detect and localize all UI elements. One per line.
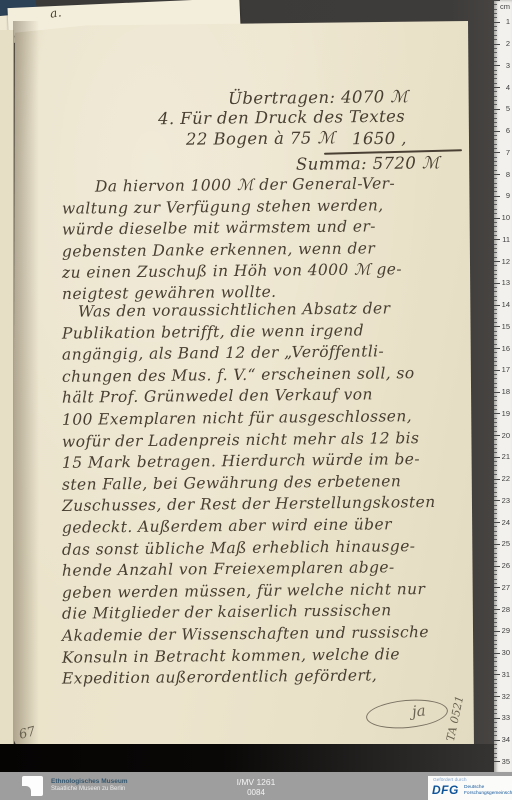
ruler-tick: [494, 122, 497, 123]
handwriting-line: sten Falle, bei Gewährung des erbetenen: [62, 472, 401, 494]
ruler-tick: [494, 287, 497, 288]
ruler-tick: [494, 757, 497, 758]
ruler-tick: [494, 700, 497, 701]
page-drop-shadow: [0, 744, 494, 774]
ruler-number: 8: [506, 171, 510, 178]
ruler-tick: [494, 722, 497, 723]
ruler-tick: [494, 218, 500, 219]
ruler-tick: [494, 526, 497, 527]
ruler-tick: [494, 226, 497, 227]
ruler-tick: [494, 618, 497, 619]
ruler-tick: [494, 235, 497, 236]
ruler-tick: [494, 61, 497, 62]
ruler-tick: [494, 52, 497, 53]
paraph-initials: ja: [411, 701, 426, 720]
ruler-tick: [494, 239, 500, 240]
ruler-tick: [494, 17, 497, 18]
ruler-tick: [494, 579, 497, 580]
ruler-tick: [494, 413, 500, 414]
handwriting-line: Zuschusses, der Rest der Herstellungskos…: [62, 493, 436, 515]
ruler-tick: [494, 104, 497, 105]
handwriting-line: Publikation betrifft, die wenn irgend: [62, 321, 364, 342]
ruler-tick: [494, 409, 497, 410]
ruler-tick: [494, 170, 497, 171]
ruler-tick: [494, 735, 497, 736]
ruler-number: 26: [502, 562, 510, 569]
ruler-tick: [494, 531, 497, 532]
ruler-tick: [494, 35, 497, 36]
ruler-tick: [494, 418, 497, 419]
ruler-tick: [494, 674, 500, 675]
ruler-tick: [494, 444, 497, 445]
ruler-number: 16: [502, 345, 510, 352]
ruler-tick: [494, 574, 497, 575]
ruler-tick: [494, 131, 500, 132]
ruler-tick: [494, 261, 500, 262]
ruler-tick: [494, 144, 497, 145]
ruler-tick: [494, 318, 497, 319]
ruler-tick: [494, 426, 497, 427]
handwriting-line: Expedition außerordentlich gefördert,: [62, 667, 377, 688]
ruler-tick: [494, 452, 497, 453]
ruler-number: 25: [502, 540, 510, 547]
ruler-tick: [494, 622, 497, 623]
ruler-tick: [494, 118, 497, 119]
ruler-tick: [494, 396, 497, 397]
ruler-tick: [494, 87, 500, 88]
ruler-tick: [494, 178, 497, 179]
ruler-tick: [494, 600, 497, 601]
ruler-tick: [494, 30, 497, 31]
ruler-tick: [494, 635, 497, 636]
ruler-tick: [494, 157, 497, 158]
ruler-tick: [494, 761, 500, 762]
handwriting-line: würde dieselbe mit wärmstem und er-: [62, 218, 376, 239]
ruler-tick: [494, 291, 497, 292]
ruler-tick: [494, 661, 497, 662]
ruler-tick: [494, 470, 497, 471]
ruler-number: 7: [506, 149, 510, 156]
ruler-tick: [494, 492, 497, 493]
ruler-tick: [494, 100, 497, 101]
ruler-tick: [494, 139, 497, 140]
ruler-tick: [494, 640, 497, 641]
ruler-tick: [494, 705, 497, 706]
ruler-tick: [494, 666, 497, 667]
ruler-tick: [494, 326, 500, 327]
ruler-tick: [494, 331, 497, 332]
ruler-tick: [494, 683, 497, 684]
ruler-tick: [494, 44, 500, 45]
ruler-number: 1: [506, 18, 510, 25]
ruler-tick: [494, 335, 497, 336]
ruler-tick: [494, 561, 497, 562]
ruler-number: 2: [506, 40, 510, 47]
ruler-number: 17: [502, 366, 510, 373]
ruler-tick: [494, 283, 500, 284]
ruler-number: 28: [502, 606, 510, 613]
ruler-tick: [494, 713, 497, 714]
ruler-tick: [494, 505, 497, 506]
ruler-number: 6: [506, 127, 510, 134]
ruler-number: 19: [502, 410, 510, 417]
ruler-tick: [494, 135, 497, 136]
ruler-tick: [494, 422, 497, 423]
ruler-tick: [494, 9, 497, 10]
dfg-name-line2: Forschungsgemeinschaft: [464, 791, 512, 796]
ruler-tick: [494, 570, 497, 571]
ruler-tick: [494, 687, 497, 688]
ruler-tick: [494, 644, 497, 645]
ruler-number: 31: [502, 671, 510, 678]
handwriting-body: Da hiervon 1000 ℳ der General-Ver-waltun…: [0, 0, 512, 800]
handwriting-line: waltung zur Verfügung stehen werden,: [62, 196, 384, 217]
ruler-number: 35: [502, 758, 510, 765]
ruler-tick: [494, 4, 497, 5]
handwriting-line: gedeckt. Außerdem aber wird eine über: [62, 515, 392, 536]
ruler-tick: [494, 609, 500, 610]
ruler-number: 27: [502, 584, 510, 591]
ruler-tick: [494, 461, 497, 462]
ruler-number: 10: [502, 214, 510, 221]
handwriting-line: zu einen Zuschuß in Höh von 4000 ℳ ge-: [62, 261, 402, 283]
ruler-number: 4: [506, 84, 510, 91]
ruler-tick: [494, 383, 497, 384]
ruler-number: 11: [502, 236, 510, 243]
dfg-name-line1: Deutsche: [464, 785, 484, 790]
ruler-tick: [494, 374, 497, 375]
ruler-number: 22: [502, 475, 510, 482]
ruler-tick: [494, 57, 497, 58]
ruler-tick: [494, 257, 497, 258]
ruler-tick: [494, 392, 500, 393]
ruler-tick: [494, 753, 497, 754]
ruler-tick: [494, 539, 497, 540]
ruler-tick: [494, 370, 500, 371]
handwriting-line: gebensten Danke erkennen, wenn der: [62, 239, 375, 260]
ruler-tick: [494, 70, 497, 71]
ruler-tick: [494, 474, 497, 475]
ruler-tick: [494, 48, 497, 49]
ruler-tick: [494, 387, 497, 388]
ruler-tick: [494, 509, 497, 510]
ruler-number: 29: [502, 627, 510, 634]
ruler-tick: [494, 613, 497, 614]
ruler-tick: [494, 305, 500, 306]
ruler-number: 24: [502, 519, 510, 526]
ruler-number: 30: [502, 649, 510, 656]
ruler-number: 33: [502, 714, 510, 721]
ruler-tick: [494, 109, 500, 110]
ruler-tick: [494, 361, 497, 362]
ruler-tick: [494, 553, 497, 554]
handwriting-line: geben werden müssen, für welche nicht nu…: [62, 580, 425, 602]
ruler-tick: [494, 313, 497, 314]
ruler-tick: [494, 148, 497, 149]
ruler-tick: [494, 296, 497, 297]
handwriting-line: Da hiervon 1000 ℳ der General-Ver-: [95, 174, 395, 195]
ruler-tick: [494, 465, 497, 466]
ruler-number: 5: [506, 105, 510, 112]
ruler-number: 18: [502, 388, 510, 395]
ruler-tick: [494, 165, 497, 166]
ruler-tick: [494, 544, 500, 545]
ruler-tick: [494, 605, 497, 606]
ruler-tick: [494, 479, 500, 480]
ruler-tick: [494, 152, 500, 153]
ruler-tick: [494, 300, 497, 301]
handwriting-line: Akademie der Wissenschaften und russisch…: [62, 623, 429, 645]
ruler-tick: [494, 187, 497, 188]
ruler-tick: [494, 191, 497, 192]
ruler-tick: [494, 161, 497, 162]
ruler-tick: [494, 557, 497, 558]
ruler-tick: [494, 248, 497, 249]
ruler-tick: [494, 91, 497, 92]
ruler-unit-label: cm: [500, 2, 510, 11]
ruler-tick: [494, 457, 500, 458]
handwriting-line: hält Prof. Grünwedel den Verkauf von: [62, 386, 373, 407]
ruler-tick: [494, 748, 497, 749]
ruler-tick: [494, 487, 497, 488]
ruler-tick: [494, 39, 497, 40]
ruler-tick: [494, 657, 497, 658]
ruler-tick: [494, 592, 497, 593]
handwriting-line: das sonst übliche Maß erheblich hinausge…: [62, 537, 416, 559]
ruler-tick: [494, 0, 500, 1]
ruler-tick: [494, 431, 497, 432]
ruler-tick: [494, 731, 497, 732]
handwriting-line: 100 Exemplaren nicht für ausgeschlossen,: [62, 407, 412, 429]
ruler-tick: [494, 439, 497, 440]
ruler-tick: [494, 513, 497, 514]
ruler-tick: [494, 196, 500, 197]
ruler-number: 15: [502, 323, 510, 330]
ruler-tick: [494, 718, 500, 719]
ruler-tick: [494, 522, 500, 523]
ruler-tick: [494, 74, 497, 75]
ruler-tick: [494, 278, 497, 279]
handwriting-line: 15 Mark betragen. Hierdurch würde im be-: [62, 450, 420, 472]
ruler-tick: [494, 653, 500, 654]
ruler-tick: [494, 339, 497, 340]
ruler-tick: [494, 78, 497, 79]
ruler-tick: [494, 270, 497, 271]
ruler-tick: [494, 679, 497, 680]
ruler-tick: [494, 274, 497, 275]
ruler-tick: [494, 96, 497, 97]
ruler-tick: [494, 365, 497, 366]
ruler-tick: [494, 448, 497, 449]
ruler-tick: [494, 265, 497, 266]
ruler-tick: [494, 692, 497, 693]
ruler-number: 14: [502, 301, 510, 308]
ruler-tick: [494, 352, 497, 353]
ruler-tick: [494, 631, 500, 632]
ruler-tick: [494, 400, 497, 401]
ruler-tick: [494, 378, 497, 379]
ruler-number: 23: [502, 497, 510, 504]
ruler-tick: [494, 26, 497, 27]
ruler-tick: [494, 183, 497, 184]
ruler-tick: [494, 548, 497, 549]
ruler-tick: [494, 535, 497, 536]
ruler-tick: [494, 405, 497, 406]
ruler-tick: [494, 483, 497, 484]
ruler-tick: [494, 209, 497, 210]
ruler-tick: [494, 213, 497, 214]
ruler-tick: [494, 13, 497, 14]
ruler-tick: [494, 204, 497, 205]
ruler-tick: [494, 65, 500, 66]
ruler-tick: [494, 322, 497, 323]
handwriting-line: wofür der Ladenpreis nicht mehr als 12 b…: [62, 429, 420, 451]
ruler-tick: [494, 626, 497, 627]
ruler-number: 32: [502, 693, 510, 700]
ruler-tick: [494, 566, 500, 567]
ruler-tick: [494, 344, 497, 345]
ruler-tick: [494, 583, 497, 584]
ruler-tick: [494, 222, 497, 223]
ruler-tick: [494, 500, 500, 501]
ruler-tick: [494, 357, 497, 358]
ruler-tick: [494, 587, 500, 588]
ruler-number: 34: [502, 736, 510, 743]
ruler-tick: [494, 174, 500, 175]
ruler-tick: [494, 727, 497, 728]
ruler-tick: [494, 113, 497, 114]
ruler-tick: [494, 648, 497, 649]
ruler-tick: [494, 244, 497, 245]
ruler-tick: [494, 231, 497, 232]
ruler-tick: [494, 670, 497, 671]
ruler-number: 21: [502, 453, 510, 460]
ruler-tick: [494, 596, 497, 597]
ruler-tick: [494, 435, 500, 436]
ruler-tick: [494, 696, 500, 697]
ruler-tick: [494, 744, 497, 745]
ruler-tick: [494, 252, 497, 253]
ruler: cm 1234567891011121314151617181920212223…: [494, 0, 512, 774]
ruler-tick: [494, 348, 500, 349]
archival-scan-view: a. Übertragen: 4070 ℳ 4. Für den Druck d…: [0, 0, 512, 800]
handwriting-line: chungen des Mus. f. V.“ erscheinen soll,…: [62, 364, 415, 386]
ruler-number: 3: [506, 62, 510, 69]
dfg-funding-box: Gefördert durch DFG Deutsche Forschungsg…: [428, 776, 512, 800]
ruler-tick: [494, 709, 497, 710]
handwriting-line: angängig, als Band 12 der „Veröffentli-: [62, 343, 384, 364]
ruler-tick: [494, 309, 497, 310]
ruler-tick: [494, 496, 497, 497]
ruler-number: 12: [502, 258, 510, 265]
ruler-tick: [494, 740, 500, 741]
ruler-number: 13: [502, 279, 510, 286]
handwriting-line: die Mitglieder der kaiserlich russischen: [62, 602, 392, 623]
ruler-tick: [494, 200, 497, 201]
dfg-logo: DFG: [432, 783, 459, 797]
handwriting-line: Konsuln in Betracht kommen, welche die: [62, 645, 400, 667]
ruler-tick: [494, 126, 497, 127]
ruler-tick: [494, 83, 497, 84]
ruler-tick: [494, 518, 497, 519]
ruler-tick: [494, 22, 500, 23]
handwriting-line: Was den voraussichtlichen Absatz der: [78, 299, 391, 320]
ruler-number: 20: [502, 432, 510, 439]
handwriting-line: hende Anzahl von Freiexemplaren abge-: [62, 558, 395, 579]
ruler-number: 9: [506, 192, 510, 199]
